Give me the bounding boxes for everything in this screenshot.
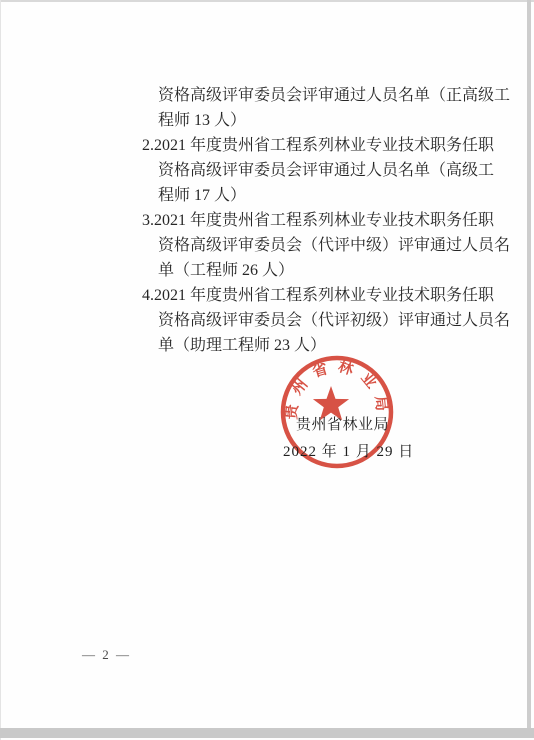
- document-page: 资格高级评审委员会评审通过人员名单（正高级工 程师 13 人） 2.2021 年…: [0, 0, 534, 740]
- list-line: 3.2021 年度贵州省工程系列林业专业技术职务任职: [142, 208, 534, 233]
- issue-date: 2022 年 1 月 29 日: [283, 440, 414, 461]
- issuer-name: 贵州省林业局: [296, 413, 389, 434]
- list-line: 资格高级评审委员会（代评中级）评审通过人员名: [158, 233, 534, 258]
- scan-edge-left: [0, 0, 1, 740]
- list-line: 程师 13 人）: [158, 108, 534, 133]
- resolution-list: 资格高级评审委员会评审通过人员名单（正高级工 程师 13 人） 2.2021 年…: [0, 83, 534, 358]
- list-line: 单（工程师 26 人）: [158, 258, 534, 283]
- list-line: 4.2021 年度贵州省工程系列林业专业技术职务任职: [142, 283, 534, 308]
- scan-edge-top: [0, 0, 534, 2]
- list-line: 资格高级评审委员会（代评初级）评审通过人员名: [158, 308, 534, 333]
- scan-edge-bottom: [0, 728, 534, 738]
- page-number: — 2 —: [82, 647, 131, 663]
- list-line: 2.2021 年度贵州省工程系列林业专业技术职务任职: [142, 133, 534, 158]
- scan-edge-right: [527, 0, 531, 730]
- list-line: 资格高级评审委员会评审通过人员名单（高级工: [158, 158, 534, 183]
- list-line: 资格高级评审委员会评审通过人员名单（正高级工: [158, 83, 534, 108]
- list-line: 程师 17 人）: [158, 183, 534, 208]
